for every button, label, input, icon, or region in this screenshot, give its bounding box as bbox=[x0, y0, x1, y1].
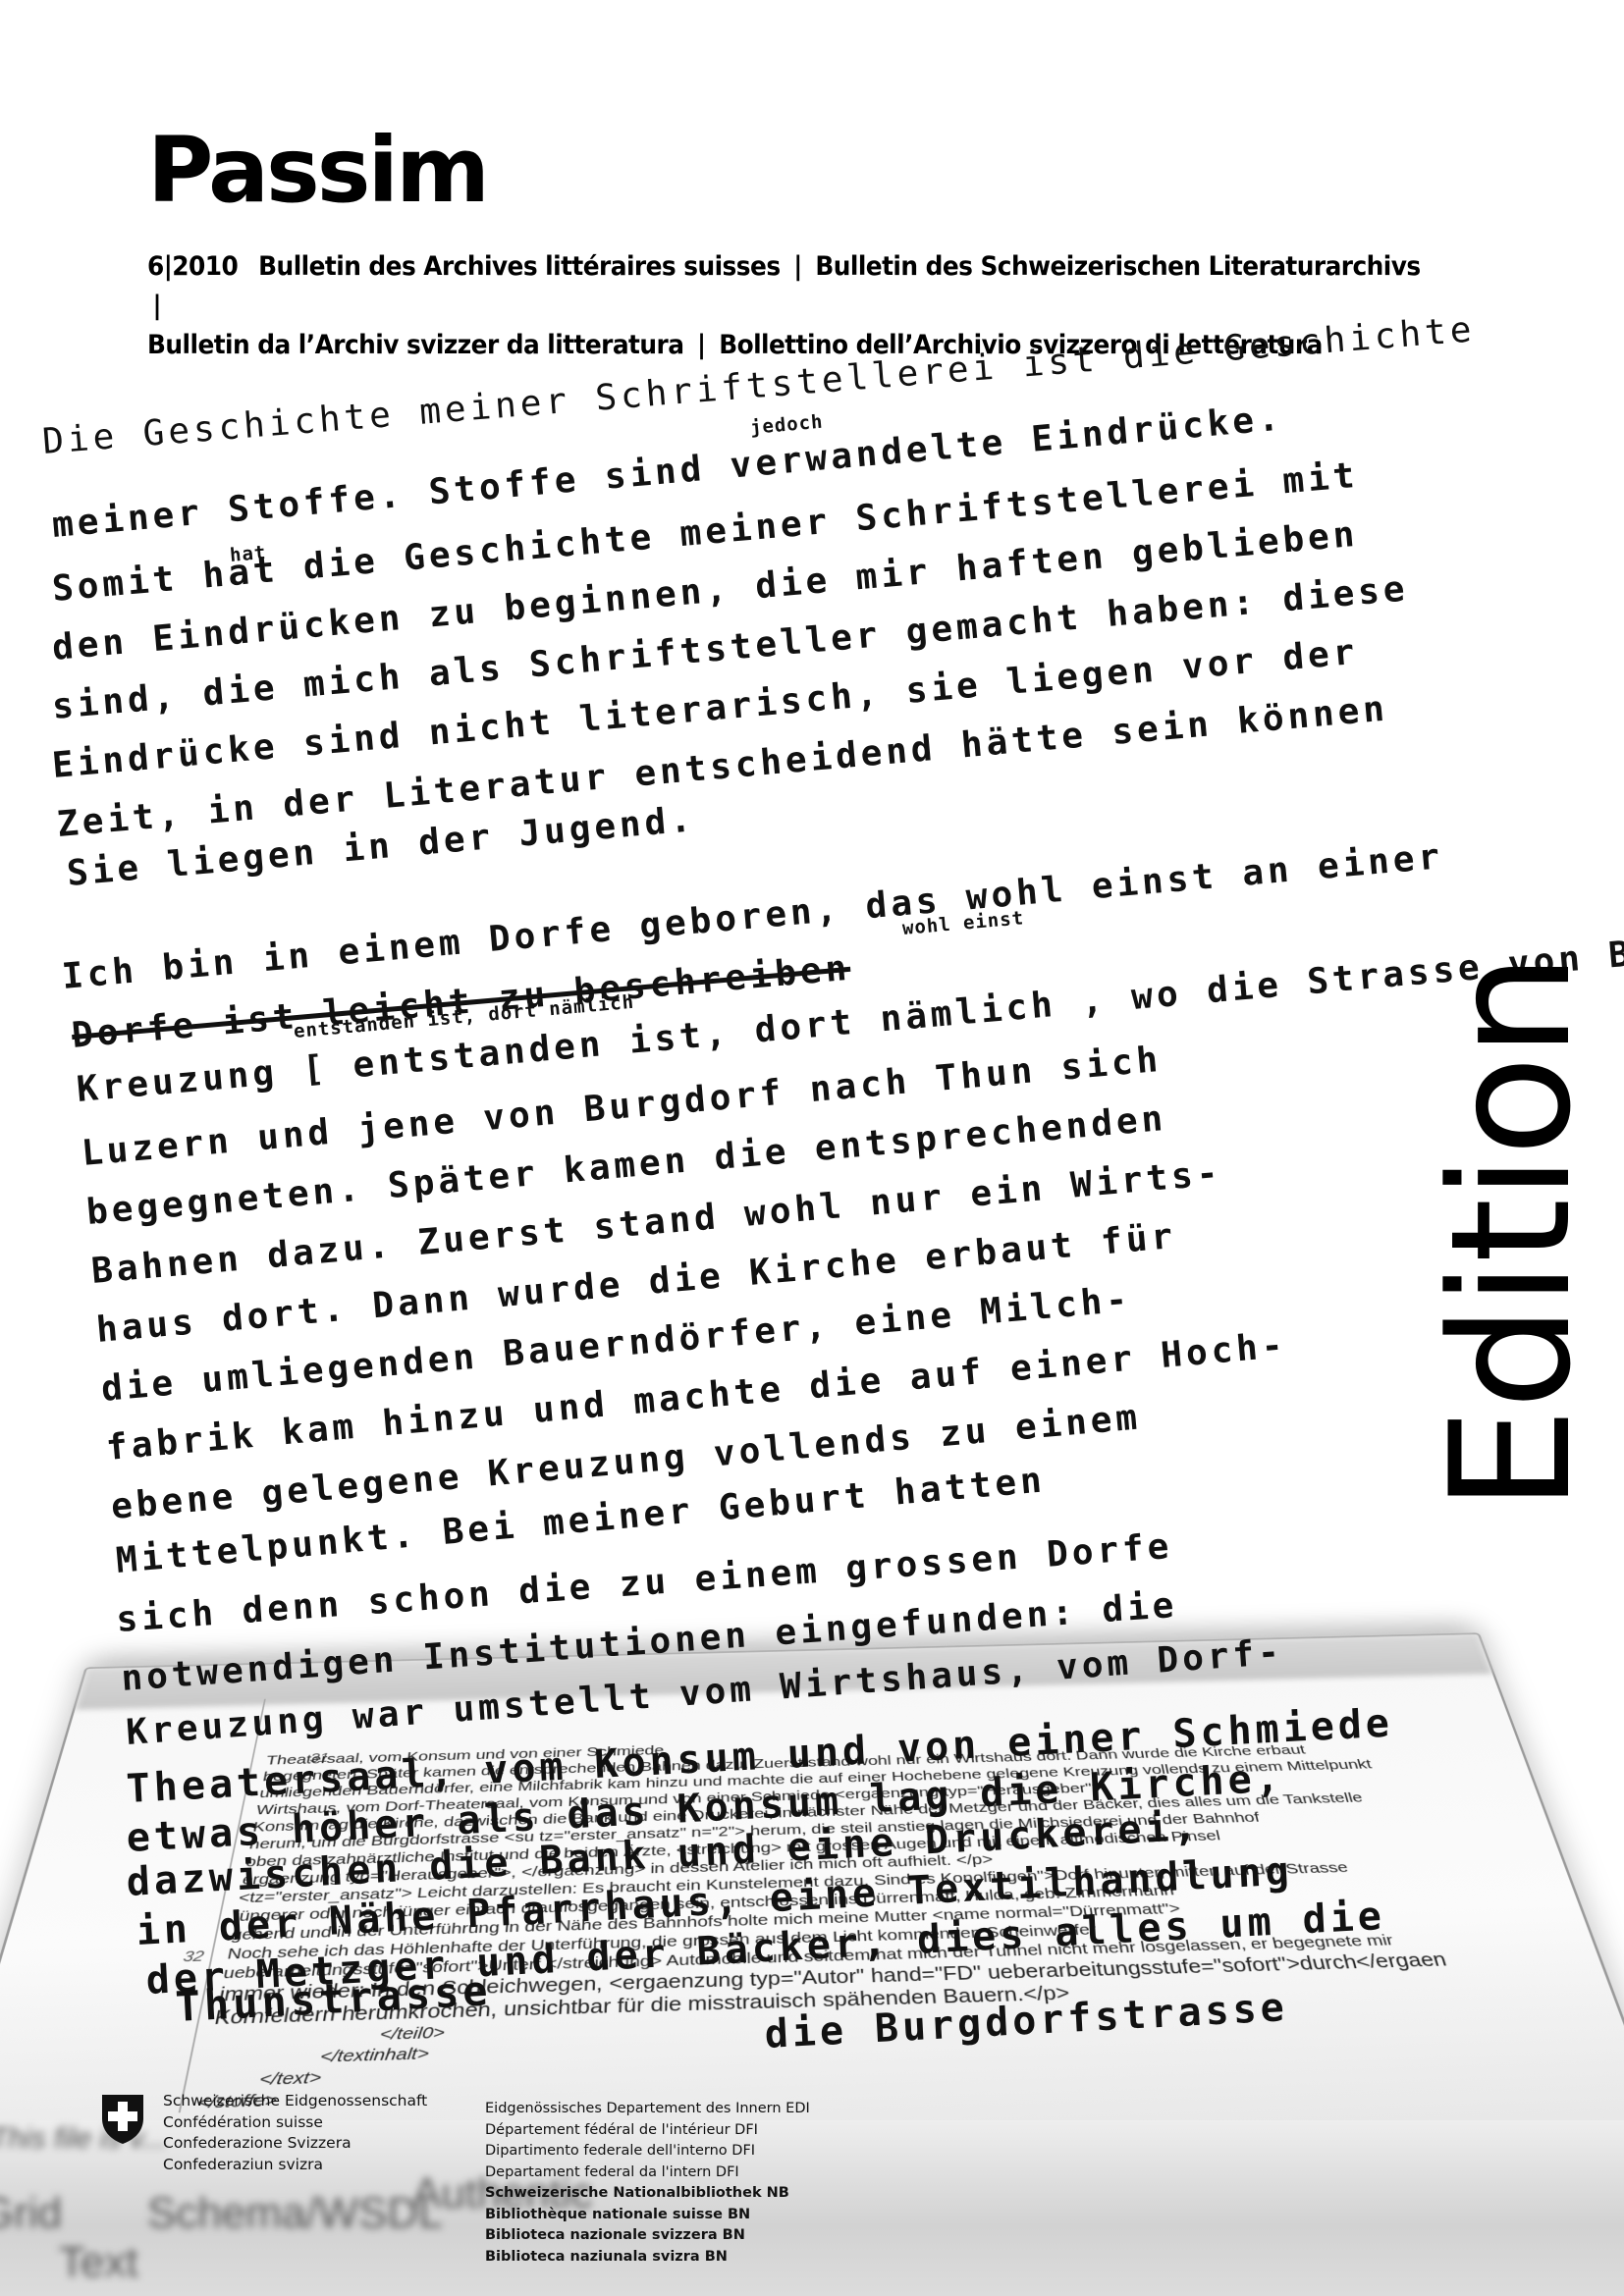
swiss-coat-of-arms-icon bbox=[100, 2093, 145, 2146]
issue-number: 6|2010 bbox=[147, 251, 238, 282]
subtitle-romansh: Bulletin da l’Archiv svizzer da litterat… bbox=[147, 330, 683, 360]
library-name-de: Schweizerische Nationalbibliothek NB bbox=[485, 2183, 810, 2205]
library-name-rm: Biblioteca naziunala svizra BN bbox=[485, 2247, 810, 2269]
department-name-rm: Departament federal da l'intern DFI bbox=[485, 2163, 810, 2184]
confederation-name-it: Confederazione Svizzera bbox=[163, 2133, 427, 2155]
department-name-it: Dipartimento federale dell'interno DFI bbox=[485, 2141, 810, 2163]
department-names: Eidgenössisches Departement des Innern E… bbox=[485, 2099, 810, 2268]
subtitle-french: Bulletin des Archives littéraires suisse… bbox=[258, 251, 780, 282]
department-name-fr: Département fédéral de l'intérieur DFI bbox=[485, 2120, 810, 2142]
department-name-de: Eidgenössisches Departement des Innern E… bbox=[485, 2099, 810, 2120]
blurred-tab-label: Grid bbox=[0, 2189, 62, 2238]
library-name-fr: Bibliothèque nationale suisse BN bbox=[485, 2205, 810, 2226]
library-name-it: Biblioteca nazionale svizzera BN bbox=[485, 2225, 810, 2247]
confederation-name-rm: Confederaziun svizra bbox=[163, 2155, 427, 2176]
publication-title: Passim bbox=[147, 126, 487, 216]
confederation-name-fr: Confédération suisse bbox=[163, 2112, 427, 2134]
confederation-name-de: Schweizerische Eidgenossenschaft bbox=[163, 2091, 427, 2112]
subtitle-separator: | bbox=[153, 291, 162, 321]
section-label-edition: Edition bbox=[1429, 903, 1594, 1512]
subtitle-separator: | bbox=[793, 251, 802, 282]
subtitle-german: Bulletin des Schweizerischen Literaturar… bbox=[815, 251, 1420, 282]
subtitle-separator: | bbox=[697, 330, 706, 360]
federal-identity-footer: Schweizerische Eidgenossenschaft Confédé… bbox=[98, 2091, 1080, 2287]
confederation-names: Schweizerische Eidgenossenschaft Confédé… bbox=[163, 2091, 427, 2175]
manuscript-insertion: jedoch bbox=[749, 411, 824, 439]
